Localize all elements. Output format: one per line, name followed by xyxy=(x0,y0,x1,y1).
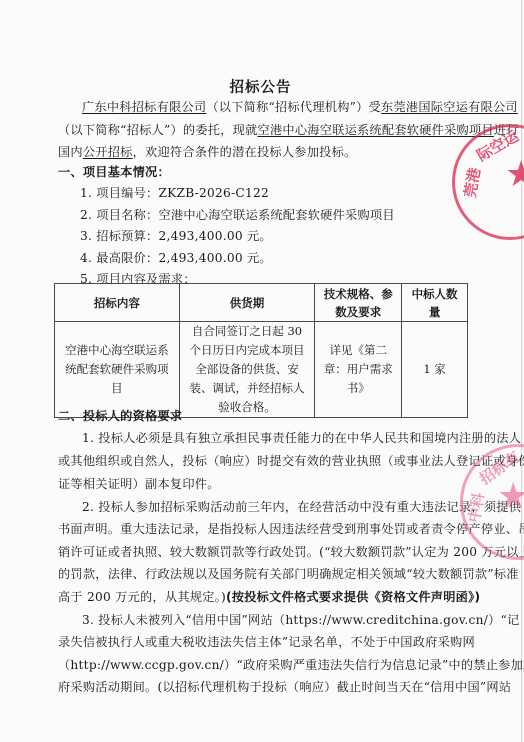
buyer-name: 东莞港国际空运有限公司 xyxy=(381,100,518,114)
req-3-line: 录失信被执行人或重大税收违法失信主体”记录名单，不处于中国政府采购网 xyxy=(58,635,468,650)
req-2-bold-note: (按投标文件格式要求提供《资格文件声明函》) xyxy=(226,590,480,604)
buyer-seal-text: 莞港 xyxy=(459,166,485,199)
agency-seal-text: 中科 xyxy=(463,491,489,524)
req-3-line: 3. 投标人未被列入“信用中国”网站（https://www.creditchi… xyxy=(58,613,492,628)
project-title: 2. 项目名称：空港中心海空联运系统配套软硬件采购项目 xyxy=(80,208,490,223)
star-icon: ★ xyxy=(497,479,524,515)
intro-line-2: （以下简称“招标人”）的委托，现就空港中心海空联运系统配套软硬件采购项目进行 xyxy=(58,123,468,138)
tender-method: 公开招标 xyxy=(83,145,133,159)
req-2-line: 2. 投标人参加招标采购活动前三年内，在经营活动中没有重大违法记录，须提供 xyxy=(58,500,492,515)
tender-budget: 3. 招标预算：2,493,400.00 元。 xyxy=(80,229,490,244)
section-1-heading: 一、项目基本情况： xyxy=(58,165,468,180)
req-2-line: 的罚款，法律、行政法规以及国务院有关部门明确规定相关领域“较大数额罚款”标准 xyxy=(58,567,468,582)
project-name: 空港中心海空联运系统配套软硬件采购项目 xyxy=(258,123,494,137)
intro-text: 国内 xyxy=(58,145,83,159)
req-1-line: 证等相关证明）副本复印件。 xyxy=(58,477,468,492)
table-header: 技术规格、参数及要求 xyxy=(315,284,402,322)
max-price: 4. 最高限价：2,493,400.00 元。 xyxy=(80,251,490,266)
table-cell-spec: 详见《第二章：用户需求书》 xyxy=(315,322,402,418)
table-cell-quantity: 1 家 xyxy=(402,322,468,418)
intro-text: ，欢迎符合条件的潜在投标人参加投标。 xyxy=(133,145,357,159)
table-row: 空港中心海空联运系统配套软硬件采购项目 自合同签订之日起 30 个日历日内完成本… xyxy=(55,322,468,418)
req-3-line: （http://www.ccgp.gov.cn/）“政府采购严重违法失信行为信息… xyxy=(58,658,468,673)
page-title: 招标公告 xyxy=(0,76,521,97)
table-cell-delivery: 自合同签订之日起 30 个日历日内完成本项目全部设备的供货、安装、调试，并经招标… xyxy=(179,322,315,418)
intro-line-1: 广东中科招标有限公司（以下简称“招标代理机构”）受东莞港国际空运有限公司 xyxy=(58,100,492,115)
intro-text: （以下简称“招标代理机构”）受 xyxy=(206,100,381,114)
table-cell-content: 空港中心海空联运系统配套软硬件采购项目 xyxy=(55,322,180,418)
table-header: 中标人数量 xyxy=(402,284,468,322)
table-header-row: 招标内容 供货期 技术规格、参数及要求 中标人数量 xyxy=(55,284,468,322)
req-2-line: 高于 200 万元的，从其规定。)(按投标文件格式要求提供《资格文件声明函》) xyxy=(58,590,468,605)
req-1-line: 或其他组织或自然人，投标（响应）时提交有效的营业执照（或事业法人登记证或身份 xyxy=(58,454,468,469)
section-2-heading: 二、投标人的资格要求 xyxy=(58,409,468,424)
req-2-text: 高于 200 万元的，从其规定。) xyxy=(58,590,226,604)
document-page: 招标公告 广东中科招标有限公司（以下简称“招标代理机构”）受东莞港国际空运有限公… xyxy=(0,0,522,742)
table-header: 招标内容 xyxy=(55,284,180,322)
table-header: 供货期 xyxy=(179,284,315,322)
agency-name: 广东中科招标有限公司 xyxy=(82,100,206,114)
intro-text: （以下简称“招标人”）的委托，现就 xyxy=(58,123,258,137)
star-icon: ★ xyxy=(505,157,524,193)
req-1-line: 1. 投标人必须是具有独立承担民事责任能力的在中华人民共和国境内注册的法人 xyxy=(58,431,492,446)
project-requirements-table: 招标内容 供货期 技术规格、参数及要求 中标人数量 空港中心海空联运系统配套软硬… xyxy=(54,283,468,418)
req-2-line: 销许可证或者执照、较大数额罚款等行政处罚。(“较大数额罚款”认定为 200 万元… xyxy=(58,545,468,560)
req-2-line: 书面声明。重大违法记录，是指投标人因违法经营受到刑事处罚或者责令停产停业、吊 xyxy=(58,522,468,537)
project-number: 1. 项目编号：ZKZB-2026-C122 xyxy=(80,186,490,201)
req-3-line: 府采购活动期间。(以招标代理机构于投标（响应）截止时间当天在“信用中国”网站 xyxy=(58,680,468,695)
intro-line-3: 国内公开招标，欢迎符合条件的潜在投标人参加投标。 xyxy=(58,145,468,160)
